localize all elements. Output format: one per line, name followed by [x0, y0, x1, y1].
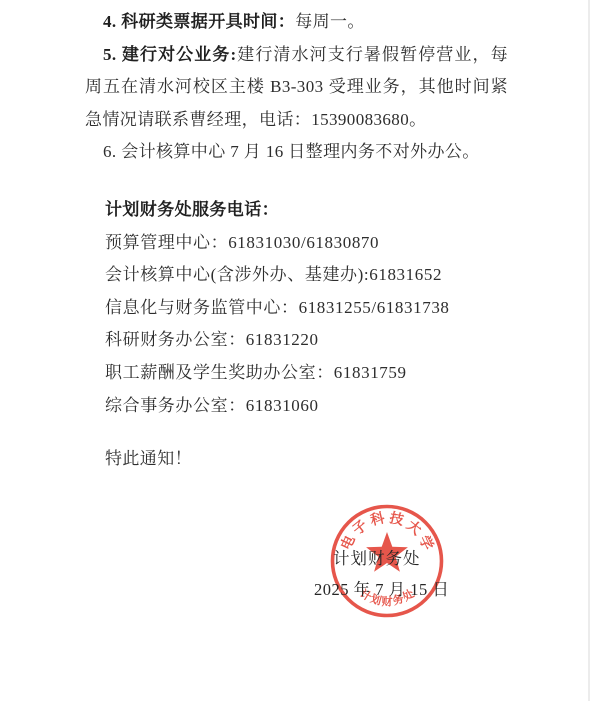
notice-item-6: 6. 会计核算中心 7 月 16 日整理内务不对外办公。 [85, 136, 508, 169]
notice-item-5-label: 5. 建行对公业务: [103, 45, 237, 64]
closing-statement: 特此通知！ [105, 443, 588, 476]
notice-item-4: 4. 科研类票据开具时间：每周一。 [85, 6, 508, 39]
seal-arc-char: 科 [369, 509, 387, 529]
notice-body: 4. 科研类票据开具时间：每周一。 5. 建行对公业务:建行清水河支行暑假暂停营… [0, 0, 588, 476]
notice-item-5: 5. 建行对公业务:建行清水河支行暑假暂停营业，每周五在清水河校区主楼 B3-3… [85, 39, 508, 137]
notice-item-4-label: 4. 科研类票据开具时间： [103, 12, 295, 31]
signature-department: 计划财务处 [333, 545, 421, 569]
phone-entry-general-affairs-office: 综合事务办公室：61831060 [105, 390, 588, 423]
phone-entry-budget-center: 预算管理中心：61831030/61830870 [105, 227, 588, 260]
notice-item-4-text: 每周一。 [295, 12, 365, 31]
phone-entry-research-finance-office: 科研财务办公室：61831220 [105, 324, 588, 357]
phone-entry-accounting-center: 会计核算中心(含涉外办、基建办):61831652 [105, 259, 588, 292]
phone-entry-info-supervision-center: 信息化与财务监管中心：61831255/61831738 [105, 292, 588, 325]
phone-section-heading: 计划财务处服务电话： [105, 194, 588, 227]
seal-arc-char: 技 [387, 509, 405, 529]
notice-item-6-text: 6. 会计核算中心 7 月 16 日整理内务不对外办公。 [103, 142, 480, 161]
phone-entry-payroll-aid-office: 职工薪酬及学生奖助办公室：61831759 [105, 357, 588, 390]
signature-date: 2025 年 7 月 15 日 [314, 576, 449, 600]
document-page: 4. 科研类票据开具时间：每周一。 5. 建行对公业务:建行清水河支行暑假暂停营… [0, 0, 590, 701]
